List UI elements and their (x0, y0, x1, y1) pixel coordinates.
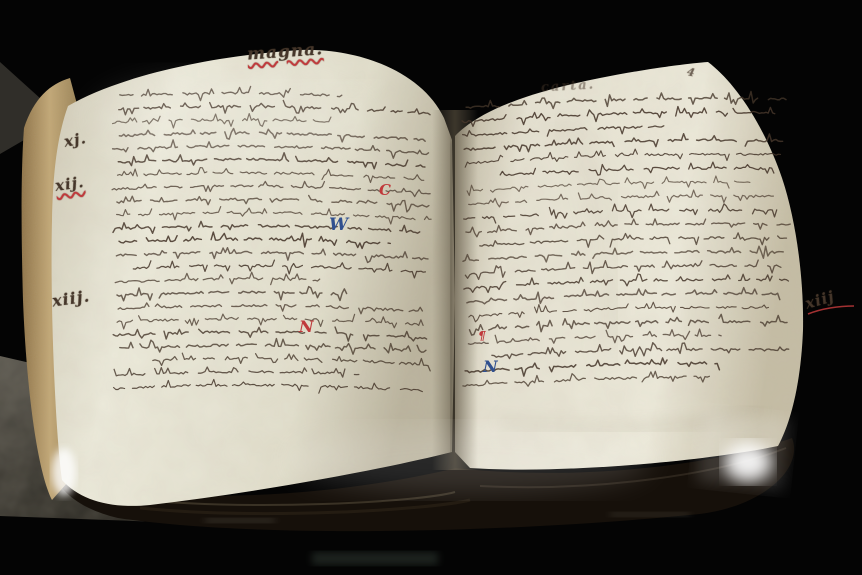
surface-glint (205, 518, 275, 523)
rubric-initial-blue-n: N (483, 357, 498, 376)
gutter-crease (451, 140, 453, 458)
margin-numeral-xj: xj. (63, 129, 88, 151)
rubric-initial-red-c: C (379, 181, 391, 199)
rubric-initial-blue-w: W (329, 215, 348, 235)
rubric-initial-red-n: N (299, 317, 314, 336)
sheen-bottom-center (290, 426, 650, 494)
right-running-header: carta. (541, 78, 596, 96)
manuscript-photograph: magna. carta. 4 xj. xij. xiij. xiij C W … (0, 0, 862, 575)
book-illustration (0, 0, 862, 575)
surface-reflection (312, 552, 438, 565)
surface-glint (610, 512, 690, 517)
sheen-top-left (90, 72, 370, 164)
highlight-bottom-left (52, 448, 76, 496)
highlight-bottom-right (724, 442, 772, 482)
rubric-paraph-red: ¶ (478, 329, 486, 343)
